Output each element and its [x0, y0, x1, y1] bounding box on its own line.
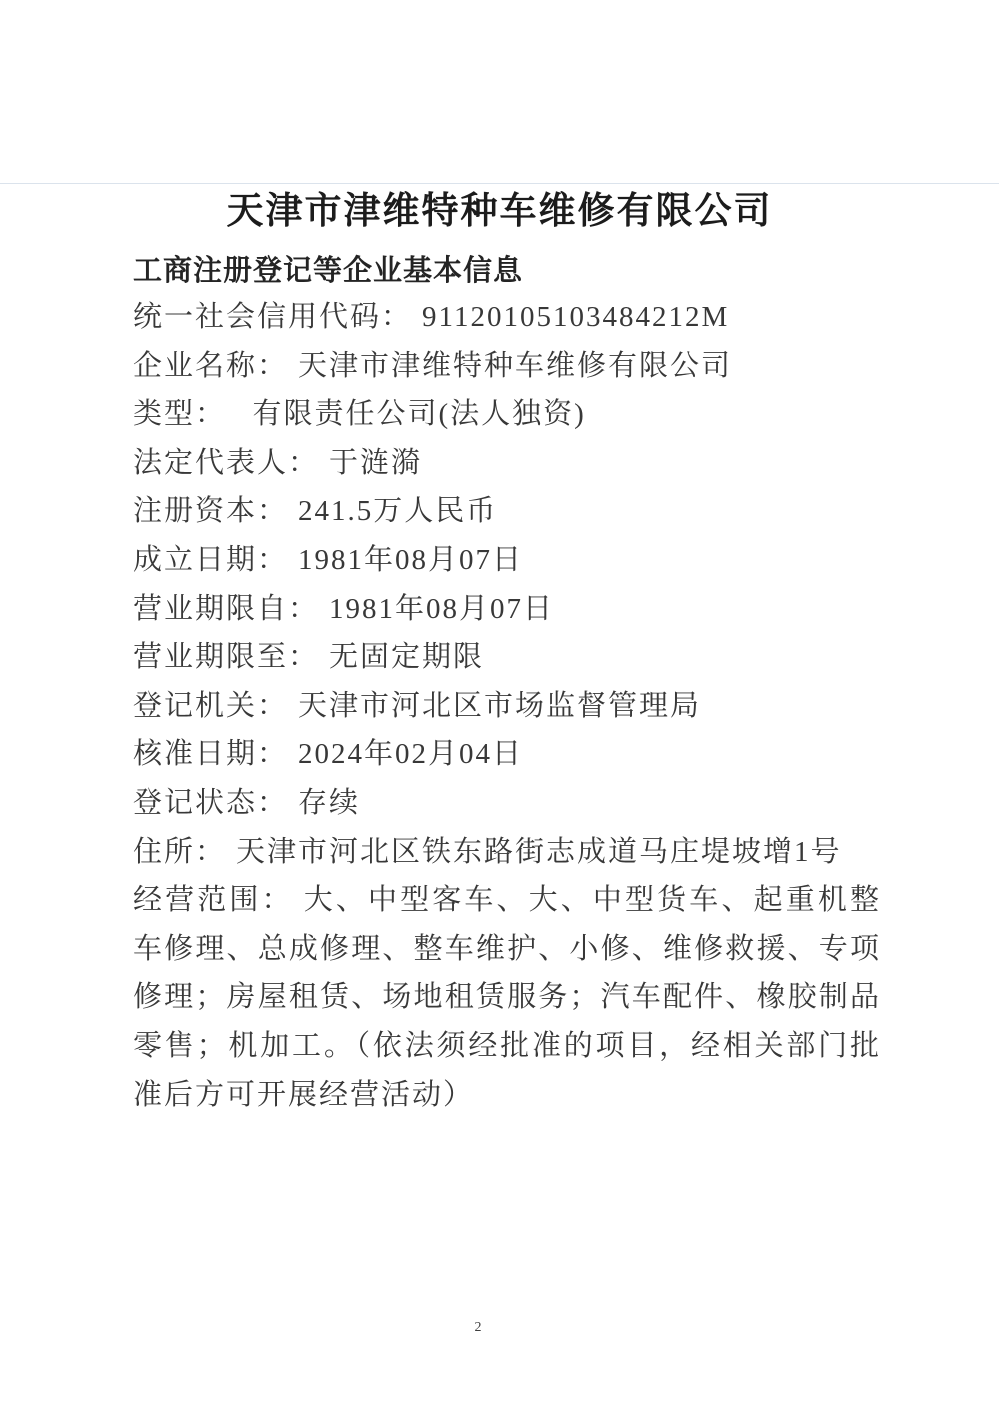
field-label: 成立日期： — [133, 544, 288, 576]
field-label: 经营范围： — [133, 884, 294, 916]
field-value: 241.5万人民币 — [298, 495, 497, 527]
field-value: 于涟漪 — [329, 447, 422, 479]
info-row: 营业期限至：无固定期限 — [133, 633, 881, 682]
info-row: 企业名称：天津市津维特种车维修有限公司 — [133, 342, 881, 391]
info-row: 核准日期：2024年02月04日 — [133, 730, 881, 779]
field-value: 天津市津维特种车维修有限公司 — [298, 350, 732, 382]
info-row: 成立日期：1981年08月07日 — [133, 536, 881, 585]
info-row: 注册资本：241.5万人民币 — [133, 487, 881, 536]
field-label: 企业名称： — [133, 350, 288, 382]
info-row: 经营范围：大、中型客车、大、中型货车、起重机整车修理、总成修理、整车维护、小修、… — [133, 876, 881, 1119]
field-label: 住所： — [133, 836, 226, 868]
scanned-document-page: 天津市津维特种车维修有限公司 工商注册登记等企业基本信息 统一社会信用代码：91… — [0, 0, 999, 1412]
info-row: 类型： 有限责任公司(法人独资) — [133, 390, 881, 439]
info-row: 登记机关：天津市河北区市场监督管理局 — [133, 682, 881, 731]
info-row: 法定代表人：于涟漪 — [133, 439, 881, 488]
field-label: 营业期限至： — [133, 641, 319, 673]
field-value: 大、中型客车、大、中型货车、起重机整车修理、总成修理、整车维护、小修、维修救援、… — [133, 884, 881, 1110]
field-value: 1981年08月07日 — [298, 544, 523, 576]
field-label: 登记状态： — [133, 787, 288, 819]
field-label: 统一社会信用代码： — [133, 301, 412, 333]
section-heading: 工商注册登记等企业基本信息 — [133, 248, 523, 289]
page-number: 2 — [0, 1320, 956, 1336]
info-row: 住所：天津市河北区铁东路街志成道马庄堤坡增1号 — [133, 828, 881, 877]
field-label: 登记机关： — [133, 690, 288, 722]
field-label: 类型： — [133, 398, 212, 430]
field-label: 营业期限自： — [133, 593, 319, 625]
field-value: 91120105103484212M — [422, 301, 729, 333]
info-row: 统一社会信用代码：91120105103484212M — [133, 293, 881, 342]
company-title: 天津市津维特种车维修有限公司 — [0, 180, 999, 234]
info-row: 登记状态：存续 — [133, 779, 881, 828]
field-value: 2024年02月04日 — [298, 738, 523, 770]
field-label: 法定代表人： — [133, 447, 319, 479]
registration-info-list: 统一社会信用代码：91120105103484212M 企业名称：天津市津维特种… — [133, 293, 881, 1119]
field-value: 1981年08月07日 — [329, 593, 554, 625]
field-value: 天津市河北区铁东路街志成道马庄堤坡增1号 — [236, 836, 842, 868]
field-label: 核准日期： — [133, 738, 288, 770]
info-row: 营业期限自：1981年08月07日 — [133, 585, 881, 634]
field-value: 存续 — [298, 787, 360, 819]
field-value: 天津市河北区市场监督管理局 — [298, 690, 701, 722]
field-value: 无固定期限 — [329, 641, 484, 673]
field-value: 有限责任公司(法人独资) — [222, 398, 586, 430]
field-label: 注册资本： — [133, 495, 288, 527]
